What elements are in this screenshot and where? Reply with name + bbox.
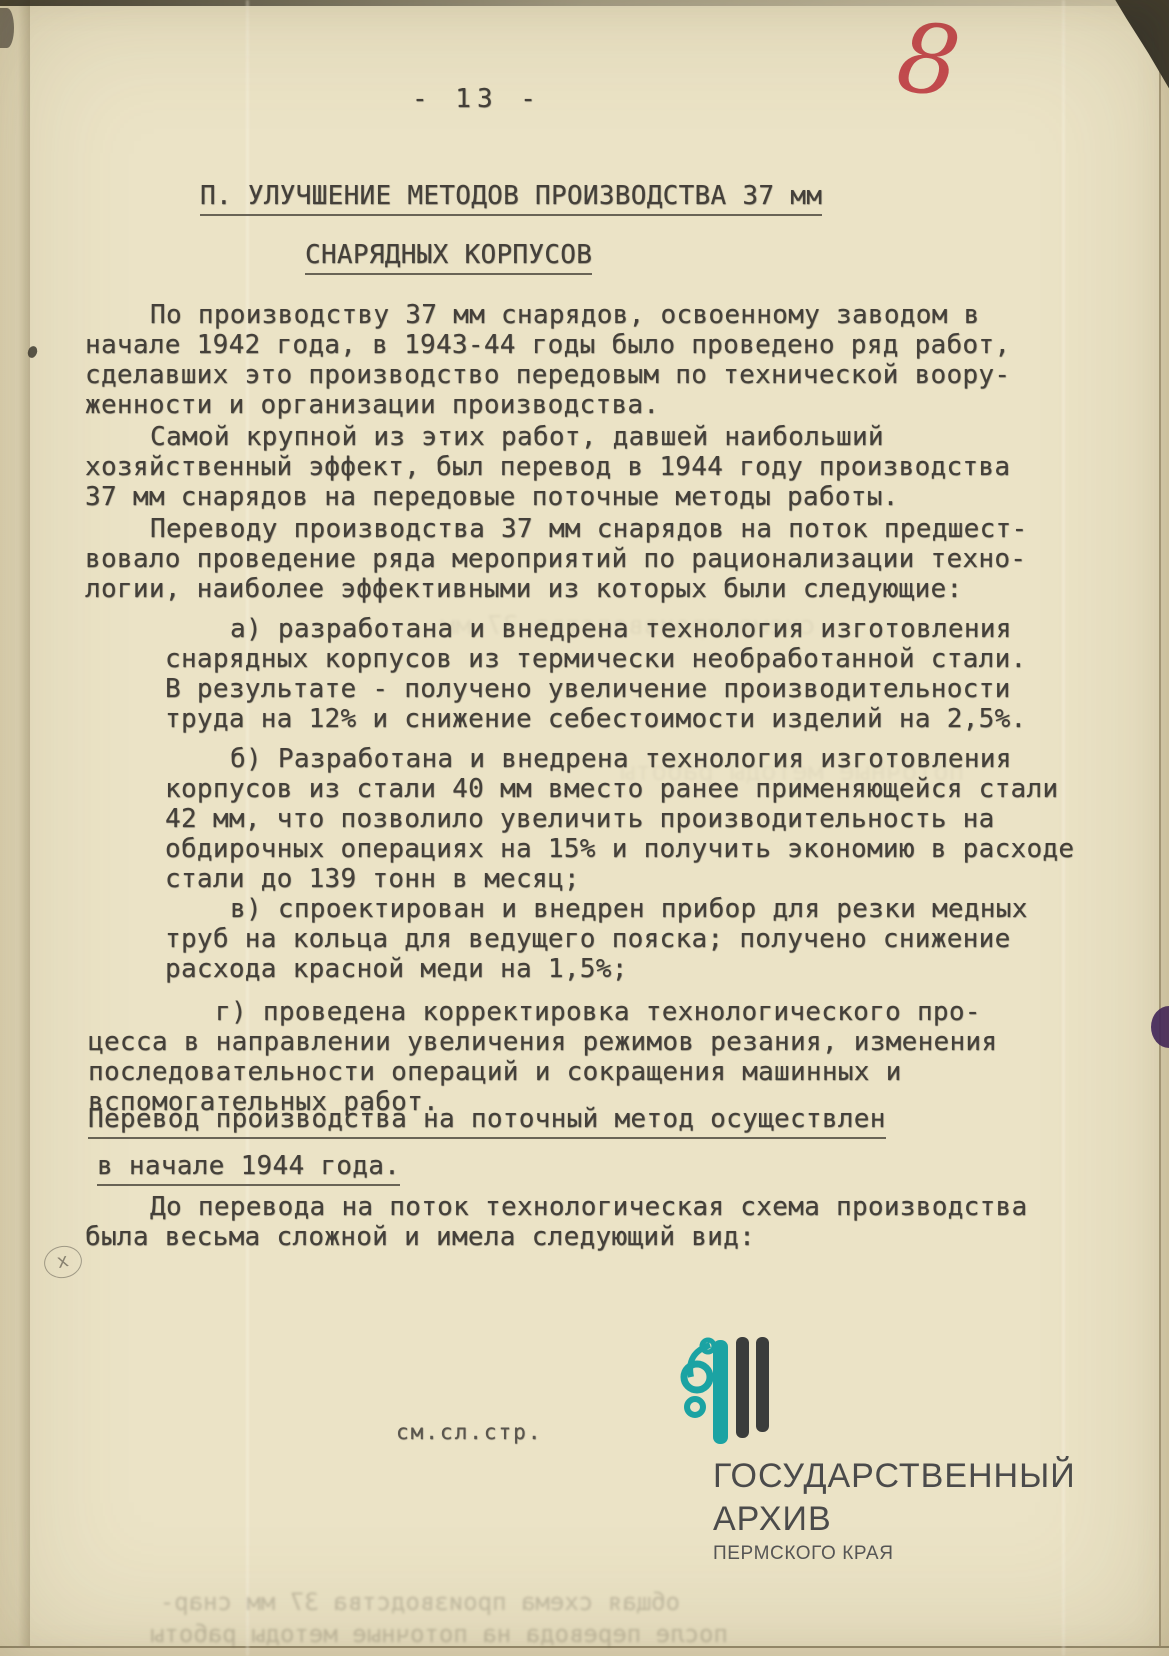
text-line: в начале 1944 года. — [97, 1151, 886, 1186]
scan-top-edge — [0, 0, 1169, 6]
list-item-v: в) спроектирован и внедрен прибор для ре… — [165, 894, 1028, 984]
text-line: г) проведена корректировка технологическ… — [215, 997, 997, 1027]
paragraph-3: Переводу производства 37 мм снарядов на … — [85, 514, 1027, 604]
text-line: хозяйственный эффект, был перевод в 1944… — [85, 452, 1010, 482]
text-line: Самой крупной из этих работ, давшей наиб… — [150, 422, 1010, 452]
text-line: была весьма сложной и имела следующий ви… — [85, 1222, 1027, 1252]
archive-region-line: ПЕРМСКОГО КРАЯ — [713, 1541, 1076, 1567]
text-line: б) Разработана и внедрена технология изг… — [230, 744, 1074, 774]
purple-ink-blot — [1151, 1006, 1169, 1048]
text-line: начале 1942 года, в 1943-44 годы было пр… — [85, 330, 1010, 360]
text-line: По производству 37 мм снарядов, освоенно… — [150, 300, 1010, 330]
text-line: стали до 139 тонн в месяц; — [165, 864, 1074, 894]
text-line: 42 мм, что позволило увеличить производи… — [165, 804, 1074, 834]
text-line: корпусов из стали 40 мм вместо ранее при… — [165, 774, 1074, 804]
text-line: Переводу производства 37 мм снарядов на … — [150, 514, 1027, 544]
archive-name-line: АРХИВ — [713, 1497, 1076, 1541]
text-line: обдирочных операциях на 15% и получить э… — [165, 834, 1074, 864]
text-line: расхода красной меди на 1,5%; — [165, 954, 1028, 984]
scanned-document-page: схема производства 37 мм поточные методы… — [0, 0, 1169, 1656]
page-number: - 13 - — [412, 84, 542, 114]
text-line: Перевод производства на поточный метод о… — [88, 1104, 886, 1139]
paragraph-1: По производству 37 мм снарядов, освоенно… — [85, 300, 1010, 420]
text-line: женности и организации производства. — [85, 390, 1010, 420]
text-line: труб на кольца для ведущего пояска; полу… — [165, 924, 1028, 954]
section-title: П. УЛУЧШЕНИЕ МЕТОДОВ ПРОИЗВОДСТВА 37 мм … — [200, 181, 822, 275]
archive-logo-text: ГОСУДАРСТВЕННЫЙ АРХИВ ПЕРМСКОГО КРАЯ — [713, 1455, 1076, 1567]
title-line: П. УЛУЧШЕНИЕ МЕТОДОВ ПРОИЗВОДСТВА 37 мм — [200, 181, 822, 216]
torn-corner — [1090, 0, 1169, 92]
text-line: В результате - получено увеличение произ… — [165, 674, 1026, 704]
edge-ink-blob — [0, 8, 14, 48]
archive-name-line: ГОСУДАРСТВЕННЫЙ — [713, 1455, 1076, 1497]
text-line: труда на 12% и снижение себестоимости из… — [165, 704, 1026, 734]
paragraph-final: До перевода на поток технологическая схе… — [85, 1192, 1027, 1252]
pencil-mark-circled-x: х — [41, 1242, 85, 1281]
list-item-b: б) Разработана и внедрена технология изг… — [165, 744, 1074, 894]
text-line: снарядных корпусов из термически необраб… — [165, 644, 1026, 674]
page-right-edge — [1159, 0, 1169, 1656]
page-left-edge — [0, 0, 30, 1656]
text-line: а) разработана и внедрена технология изг… — [230, 614, 1026, 644]
handwritten-folio-number: 8 — [892, 9, 964, 112]
title-line: СНАРЯДНЫХ КОРПУСОВ — [305, 240, 822, 275]
bleed-line: общая схема производства 37 мм снар- — [150, 1586, 680, 1618]
list-item-a: а) разработана и внедрена технология изг… — [165, 614, 1026, 734]
text-line: вовало проведение ряда мероприятий по ра… — [85, 544, 1027, 574]
archive-logo-icon — [680, 1337, 774, 1445]
paragraph-2: Самой крупной из этих работ, давшей наиб… — [85, 422, 1010, 512]
list-item-g: г) проведена корректировка технологическ… — [88, 997, 997, 1117]
text-line: сделавших это производство передовым по … — [85, 360, 1010, 390]
text-line: логии, наиболее эффективными из которых … — [85, 574, 1027, 604]
text-line: последовательности операций и сокращения… — [88, 1057, 997, 1087]
bleed-line: после перевода на поточные методы работы — [150, 1618, 728, 1650]
text-line: цесса в направлении увеличения режимов р… — [88, 1027, 997, 1057]
text-line: в) спроектирован и внедрен прибор для ре… — [230, 894, 1028, 924]
bleed-through-text: общая схема производства 37 мм снар- пос… — [150, 1586, 728, 1650]
underlined-statement: Перевод производства на поточный метод о… — [88, 1104, 886, 1186]
text-line: 37 мм снарядов на передовые поточные мет… — [85, 482, 1010, 512]
see-next-page-note: см.сл.стр. — [396, 1417, 542, 1447]
text-line: До перевода на поток технологическая схе… — [150, 1192, 1027, 1222]
